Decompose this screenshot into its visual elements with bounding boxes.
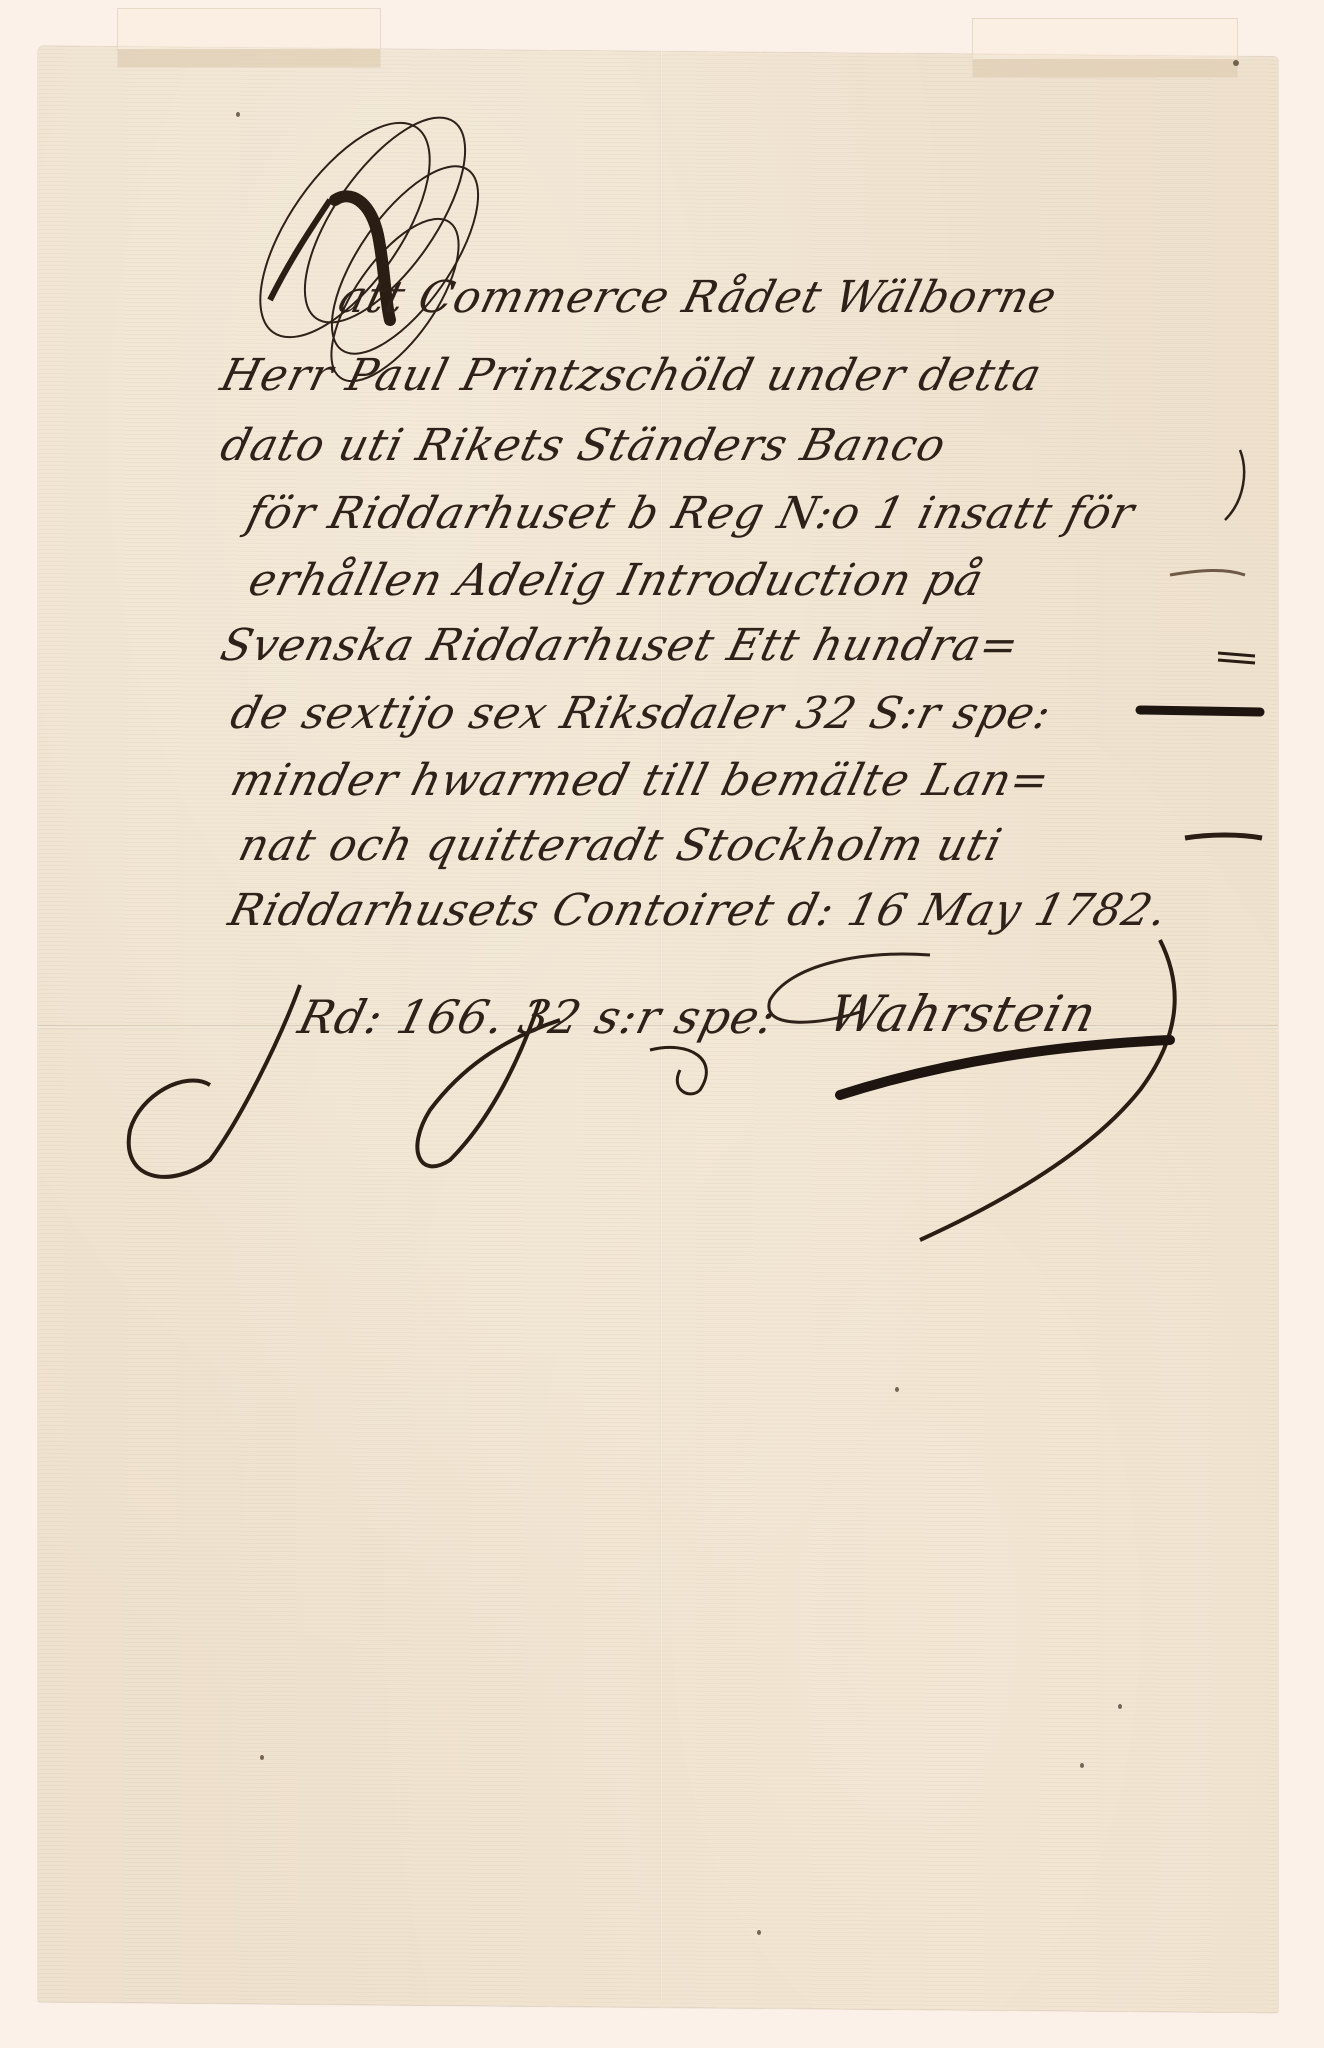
text-line-6: Svenska Riddarhuset Ett hundra= <box>216 620 1025 671</box>
amount-text: Rd: 166. 32 s:r spe: <box>293 990 782 1044</box>
text-line-8: minder hwarmed till bemälte Lan= <box>226 755 1056 806</box>
handwritten-content: att Commerce Rådet Wälborne Herr Paul Pr… <box>0 0 1324 2048</box>
text-line-2: Herr Paul Printzschöld under detta <box>216 350 1047 401</box>
text-line-7: de sextijo sex Riksdaler 32 S:r spe: <box>226 688 1057 739</box>
text-line-3: dato uti Rikets Ständers Banco <box>216 420 952 471</box>
text-line-1: att Commerce Rådet Wälborne <box>334 272 1063 323</box>
text-line-5: erhållen Adelig Introduction på <box>244 555 989 606</box>
signature: Wahrstein <box>823 985 1103 1043</box>
text-line-10: Riddarhusets Contoiret d: 16 May 1782. <box>224 885 1174 936</box>
text-line-9: nat och quitteradt Stockholm uti <box>234 820 1008 871</box>
text-line-4: för Riddarhuset b Reg N:o 1 insatt för <box>242 488 1140 539</box>
